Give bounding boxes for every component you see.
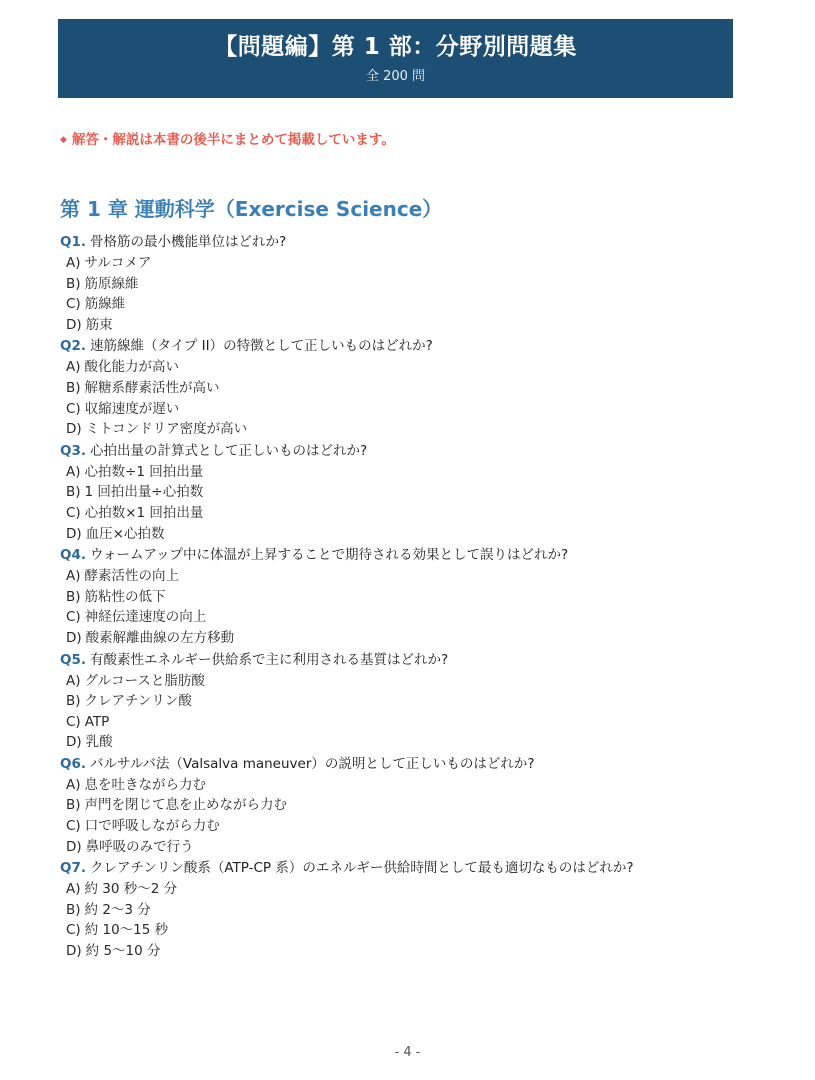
option-key: A) [66, 464, 81, 480]
option-text: 乳酸 [86, 734, 113, 750]
answer-option: B)クレアチンリン酸 [60, 691, 760, 712]
answer-option: B)筋粘性の低下 [60, 587, 760, 608]
question-text: Q4.ウォームアップ中に体温が上昇することで期待される効果として誤りはどれか? [60, 544, 760, 566]
option-text: 約 30 秒〜2 分 [85, 881, 178, 897]
option-key: D) [66, 317, 82, 333]
question-number: Q1. [60, 234, 86, 250]
option-key: B) [66, 589, 81, 605]
option-text: 解糖系酵素活性が高い [85, 380, 220, 396]
answer-option: A)酵素活性の向上 [60, 566, 760, 587]
option-key: C) [66, 505, 81, 521]
answer-option: A)心拍数÷1 回拍出量 [60, 462, 760, 483]
answer-option: B)筋原線維 [60, 274, 760, 295]
part-title: 【問題編】第 1 部：分野別問題集 [58, 32, 733, 62]
answer-option: D)約 5〜10 分 [60, 941, 760, 962]
answer-option: C)口で呼吸しながら力む [60, 816, 760, 837]
option-key: C) [66, 296, 81, 312]
option-key: A) [66, 359, 81, 375]
diamond-icon: ◆ [60, 135, 67, 145]
option-key: D) [66, 839, 82, 855]
option-key: D) [66, 630, 82, 646]
answer-option: D)筋束 [60, 315, 760, 336]
option-text: 鼻呼吸のみで行う [86, 839, 194, 855]
answer-option: C)心拍数×1 回拍出量 [60, 503, 760, 524]
question-item: Q4.ウォームアップ中に体温が上昇することで期待される効果として誤りはどれか? … [60, 544, 760, 648]
question-list: Q1.骨格筋の最小機能単位はどれか? A)サルコメア B)筋原線維 C)筋線維 … [60, 231, 760, 962]
option-key: B) [66, 797, 81, 813]
question-text: Q2.速筋線維（タイプ II）の特徴として正しいものはどれか? [60, 335, 760, 357]
option-text: 神経伝達速度の向上 [85, 609, 207, 625]
page-number: - 4 - [0, 1045, 815, 1060]
answer-option: A)酸化能力が高い [60, 357, 760, 378]
option-text: 声門を閉じて息を止めながら力む [85, 797, 288, 813]
question-body: 有酸素性エネルギー供給系で主に利用される基質はどれか? [90, 652, 448, 668]
question-item: Q6.バルサルバ法（Valsalva maneuver）の説明として正しいものは… [60, 753, 760, 857]
option-key: B) [66, 902, 81, 918]
option-text: サルコメア [85, 255, 152, 271]
answer-option: B)1 回拍出量÷心拍数 [60, 482, 760, 503]
answer-notice: ◆解答・解説は本書の後半にまとめて掲載しています。 [60, 131, 395, 149]
option-text: 酸化能力が高い [85, 359, 180, 375]
option-key: C) [66, 922, 81, 938]
question-text: Q6.バルサルバ法（Valsalva maneuver）の説明として正しいものは… [60, 753, 760, 775]
option-key: A) [66, 881, 81, 897]
question-text: Q1.骨格筋の最小機能単位はどれか? [60, 231, 760, 253]
option-text: クレアチンリン酸 [85, 693, 192, 709]
option-text: 筋束 [86, 317, 113, 333]
option-key: C) [66, 818, 81, 834]
answer-option: B)解糖系酵素活性が高い [60, 378, 760, 399]
option-text: 約 2〜3 分 [85, 902, 151, 918]
option-key: A) [66, 568, 81, 584]
option-text: 約 10〜15 秒 [85, 922, 168, 938]
question-text: Q7.クレアチンリン酸系（ATP-CP 系）のエネルギー供給時間として最も適切な… [60, 857, 760, 879]
question-body: バルサルバ法（Valsalva maneuver）の説明として正しいものはどれか… [90, 756, 535, 772]
option-key: A) [66, 777, 81, 793]
answer-option: B)声門を閉じて息を止めながら力む [60, 795, 760, 816]
question-number: Q2. [60, 338, 86, 354]
option-text: 心拍数÷1 回拍出量 [85, 464, 204, 480]
answer-option: D)鼻呼吸のみで行う [60, 837, 760, 858]
answer-option: B)約 2〜3 分 [60, 900, 760, 921]
option-text: ミトコンドリア密度が高い [86, 421, 247, 437]
option-key: B) [66, 484, 81, 500]
option-text: 息を吐きながら力む [85, 777, 207, 793]
option-key: D) [66, 421, 82, 437]
option-key: C) [66, 401, 81, 417]
answer-option: D)ミトコンドリア密度が高い [60, 419, 760, 440]
question-body: ウォームアップ中に体温が上昇することで期待される効果として誤りはどれか? [90, 547, 568, 563]
answer-option: A)グルコースと脂肪酸 [60, 671, 760, 692]
option-key: B) [66, 276, 81, 292]
option-key: D) [66, 526, 82, 542]
option-key: B) [66, 693, 81, 709]
answer-option: C)収縮速度が遅い [60, 399, 760, 420]
question-item: Q7.クレアチンリン酸系（ATP-CP 系）のエネルギー供給時間として最も適切な… [60, 857, 760, 961]
option-text: 心拍数×1 回拍出量 [85, 505, 204, 521]
question-number: Q6. [60, 756, 86, 772]
question-number: Q3. [60, 443, 86, 459]
option-key: A) [66, 255, 81, 271]
question-item: Q1.骨格筋の最小機能単位はどれか? A)サルコメア B)筋原線維 C)筋線維 … [60, 231, 760, 335]
question-text: Q5.有酸素性エネルギー供給系で主に利用される基質はどれか? [60, 649, 760, 671]
question-item: Q3.心拍出量の計算式として正しいものはどれか? A)心拍数÷1 回拍出量 B)… [60, 440, 760, 544]
answer-option: D)酸素解離曲線の左方移動 [60, 628, 760, 649]
question-body: 速筋線維（タイプ II）の特徴として正しいものはどれか? [90, 338, 433, 354]
question-body: 骨格筋の最小機能単位はどれか? [90, 234, 286, 250]
option-text: ATP [85, 714, 110, 730]
option-key: B) [66, 380, 81, 396]
option-text: 収縮速度が遅い [85, 401, 180, 417]
question-number: Q4. [60, 547, 86, 563]
option-text: グルコースと脂肪酸 [85, 673, 205, 689]
question-item: Q2.速筋線維（タイプ II）の特徴として正しいものはどれか? A)酸化能力が高… [60, 335, 760, 439]
question-body: 心拍出量の計算式として正しいものはどれか? [90, 443, 367, 459]
question-number: Q7. [60, 860, 86, 876]
answer-option: C)神経伝達速度の向上 [60, 607, 760, 628]
question-item: Q5.有酸素性エネルギー供給系で主に利用される基質はどれか? A)グルコースと脂… [60, 649, 760, 753]
option-text: 酸素解離曲線の左方移動 [86, 630, 235, 646]
chapter-title: 第 1 章 運動科学（Exercise Science） [60, 195, 442, 223]
answer-option: C)筋線維 [60, 294, 760, 315]
option-text: 1 回拍出量÷心拍数 [85, 484, 204, 500]
option-key: D) [66, 734, 82, 750]
option-key: C) [66, 609, 81, 625]
option-text: 約 5〜10 分 [86, 943, 161, 959]
option-key: C) [66, 714, 81, 730]
answer-option: D)乳酸 [60, 732, 760, 753]
option-text: 口で呼吸しながら力む [85, 818, 220, 834]
notice-text: 解答・解説は本書の後半にまとめて掲載しています。 [72, 132, 395, 148]
answer-option: A)息を吐きながら力む [60, 775, 760, 796]
option-key: A) [66, 673, 81, 689]
question-count: 全 200 問 [58, 68, 733, 86]
answer-option: A)サルコメア [60, 253, 760, 274]
question-body: クレアチンリン酸系（ATP-CP 系）のエネルギー供給時間として最も適切なものは… [90, 860, 634, 876]
option-key: D) [66, 943, 82, 959]
option-text: 血圧×心拍数 [86, 526, 165, 542]
part-header-banner: 【問題編】第 1 部：分野別問題集 全 200 問 [58, 19, 733, 98]
question-text: Q3.心拍出量の計算式として正しいものはどれか? [60, 440, 760, 462]
question-number: Q5. [60, 652, 86, 668]
option-text: 筋粘性の低下 [85, 589, 166, 605]
option-text: 筋線維 [85, 296, 126, 312]
answer-option: C)約 10〜15 秒 [60, 920, 760, 941]
option-text: 酵素活性の向上 [85, 568, 180, 584]
answer-option: C)ATP [60, 712, 760, 733]
answer-option: D)血圧×心拍数 [60, 524, 760, 545]
option-text: 筋原線維 [85, 276, 139, 292]
answer-option: A)約 30 秒〜2 分 [60, 879, 760, 900]
